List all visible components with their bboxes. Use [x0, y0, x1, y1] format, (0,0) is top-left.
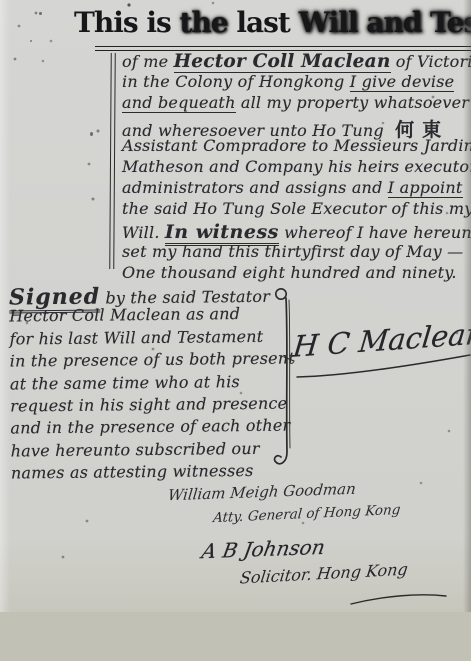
- line-text: at the same time who at his: [10, 372, 240, 393]
- will-text-line: the said Ho Tung Sole Executor of this m…: [122, 199, 471, 220]
- line-text: the said Ho Tung Sole Executor of this m…: [122, 199, 471, 218]
- will-text-line: administrators and assigns and I appoint: [122, 178, 471, 199]
- ink-blot: [90, 132, 93, 136]
- will-text-line: Matheson and Company his heirs executors: [122, 157, 471, 178]
- attestation-clause: Signed by the said Testator Hector Coll …: [9, 282, 296, 486]
- underlined-phrase: I appoint: [388, 178, 463, 198]
- title-text: last: [228, 6, 299, 39]
- line-text: for his last Will and Testament: [9, 327, 263, 349]
- scanned-will-document: This is the last Will and Testament of m…: [0, 0, 471, 661]
- attestation-line: Hector Coll Maclean as and: [9, 304, 294, 329]
- witness2-signature: A B Johnson: [200, 535, 327, 563]
- line-text: set my hand this thirtyfirst day of May …: [122, 242, 463, 261]
- line-text: One thousand eight hundred and ninety.: [122, 263, 457, 282]
- witness2-title: Solicitor. Hong Kong: [239, 560, 409, 588]
- line-text: and in the presence of each other: [10, 416, 290, 438]
- line-text: in the presence of us both present: [10, 349, 295, 371]
- underlined-phrase: and bequeath: [122, 93, 236, 113]
- line-text: Hector Coll Maclean as and: [9, 304, 240, 325]
- attestation-line: Signed by the said Testator: [9, 282, 294, 307]
- ink-blot: [39, 12, 42, 15]
- attestation-line: have hereunto subscribed our: [11, 438, 296, 463]
- attestation-line: and in the presence of each other: [10, 416, 295, 441]
- line-text: of Victoria: [391, 52, 471, 71]
- title-text: Will and Testament: [299, 6, 471, 39]
- line-text: of me: [122, 52, 174, 71]
- will-text-line: Assistant Compradore to Messieurs Jardin…: [122, 136, 471, 157]
- line-text: administrators and assigns and: [122, 178, 388, 197]
- will-text-line: One thousand eight hundred and ninety.: [122, 263, 471, 284]
- will-text-line: set my hand this thirtyfirst day of May …: [122, 242, 471, 263]
- will-text-line: Will. In witness whereof I have hereunto: [122, 221, 471, 242]
- will-text-line: of me Hector Coll Maclean of Victoria: [122, 51, 471, 72]
- attestation-line: for his last Will and Testament: [9, 326, 294, 351]
- attestation-line: at the same time who at his: [10, 371, 295, 396]
- will-text-line: and bequeath all my property whatsoever: [122, 93, 471, 114]
- line-text: all my property whatsoever: [236, 93, 470, 112]
- will-title: This is the last Will and Testament: [74, 6, 471, 39]
- line-text: have hereunto subscribed our: [11, 439, 260, 461]
- line-text: request in his sight and presence: [10, 394, 287, 416]
- will-body-text: of me Hector Coll Maclean of Victoria in…: [122, 51, 471, 284]
- line-text: Assistant Compradore to Messieurs Jardin…: [122, 136, 471, 155]
- line-text: Matheson and Company his heirs executors: [122, 157, 471, 176]
- line-text: in the Colony of Hongkong: [122, 72, 350, 91]
- attestation-line: in the presence of us both present: [10, 349, 295, 374]
- underlined-phrase: I give devise: [350, 72, 455, 92]
- witness1-title: Atty. General of Hong Kong: [212, 502, 401, 526]
- will-text-line: in the Colony of Hongkong I give devise: [122, 72, 471, 93]
- page-right-edge-shadow: [463, 0, 471, 612]
- line-text: Will.: [122, 223, 165, 242]
- line-text: names as attesting witnesses: [11, 461, 254, 483]
- will-text-line: and wheresoever unto Ho Tung 何東: [122, 115, 471, 136]
- margin-double-rule: [109, 53, 116, 269]
- testator-signature: H C Maclean: [291, 316, 471, 364]
- attestation-line: request in his sight and presence: [10, 393, 295, 418]
- title-text: This is: [74, 6, 180, 39]
- attestation-line: names as attesting witnesses: [11, 461, 296, 486]
- emphasized-name: Hector Coll Maclean: [174, 51, 391, 73]
- witness2-flourish: [351, 595, 446, 604]
- paper-speckles: [30, 40, 32, 42]
- line-text: whereof I have hereunto: [279, 223, 471, 242]
- title-text: the: [180, 6, 228, 39]
- paper-page: This is the last Will and Testament of m…: [0, 0, 471, 612]
